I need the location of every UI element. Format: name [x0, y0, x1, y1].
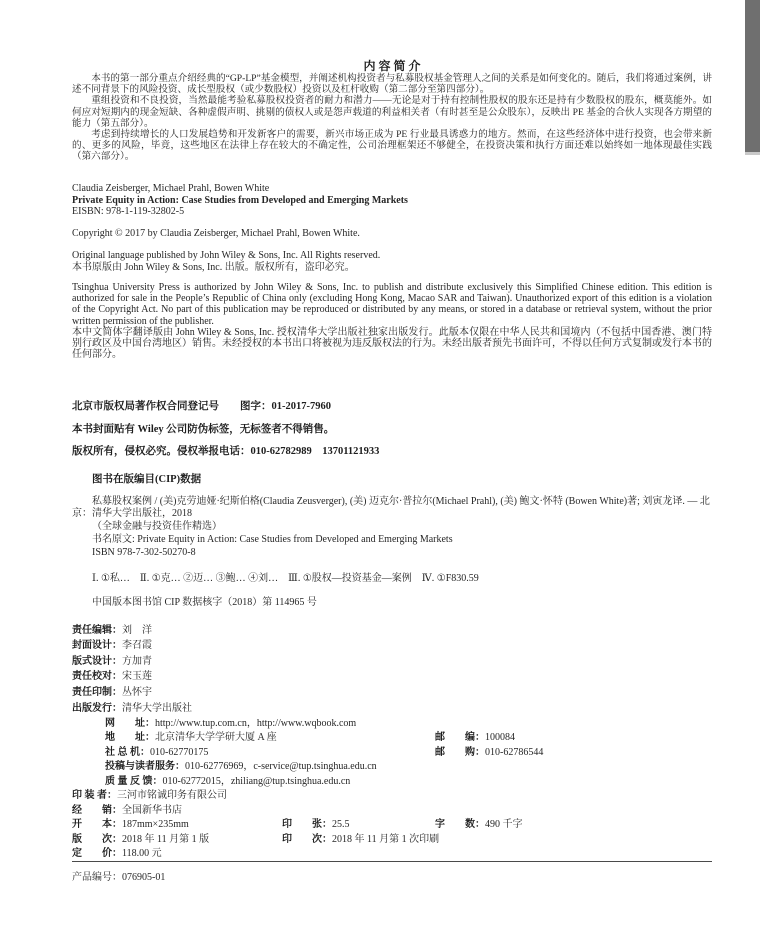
staff-label: 封面设计：	[72, 640, 122, 651]
cip-entry-block: 私募股权案例 / (美)克劳迪娅·纪斯伯格(Claudia Zeusverger…	[72, 496, 712, 559]
pub-label: 质 量 反 馈：	[105, 776, 163, 787]
pub-postcode: 邮 编：100084	[435, 731, 515, 746]
staff-row-layout-design: 版式设计：方加青	[72, 654, 712, 669]
pub-value: 010-62776969，c-service@tup.tsinghua.edu.…	[185, 761, 377, 772]
pub-label: 邮 购：	[435, 747, 485, 758]
pub-label: 经 销：	[72, 805, 122, 816]
pub-row-address: 地 址：北京清华大学学研大厦 A 座 邮 编：100084	[72, 731, 712, 746]
pub-value: 010-62786544	[485, 747, 543, 758]
pub-row-publisher: 出版发行：清华大学出版社	[72, 702, 712, 717]
pub-label: 定 价：	[72, 848, 122, 859]
pub-row-edition: 版 次：2018 年 11 月第 1 版 印 次：2018 年 11 月第 1 …	[72, 833, 712, 848]
intro-heading: 内 容 简 介	[72, 57, 712, 74]
divider-line	[72, 861, 712, 862]
eisbn-line: EISBN: 978-1-119-32802-5	[72, 206, 712, 218]
pub-value: 三河市铭诚印务有限公司	[117, 790, 227, 801]
pub-row-website: 网 址：http://www.tup.com.cn，http://www.wqb…	[72, 717, 712, 732]
pub-label: 社 总 机：	[105, 747, 150, 758]
pub-row-reader-service: 投稿与读者服务：010-62776969，c-service@tup.tsing…	[72, 760, 712, 775]
pub-value: http://www.tup.com.cn，http://www.wqbook.…	[155, 718, 356, 729]
staff-value: 丛怀宇	[122, 687, 152, 698]
staff-label: 责任校对：	[72, 671, 122, 682]
original-language-zh: 本书原版由 John Wiley & Sons, Inc. 出版。版权所有，盗印…	[72, 262, 712, 274]
product-code-label: 产品编号：	[72, 872, 122, 883]
adjacent-page-edge	[745, 0, 760, 155]
staff-label: 版式设计：	[72, 656, 122, 667]
pub-wordcount: 字 数：490 千字	[435, 818, 523, 833]
license-block: Tsinghua University Press is authorized …	[72, 282, 712, 360]
product-code-value: 076905-01	[122, 872, 165, 883]
cip-isbn-line: ISBN 978-7-302-50270-8	[72, 547, 712, 559]
staff-row-editor: 责任编辑：刘 洋	[72, 623, 712, 638]
cip-heading: 图书在版编目(CIP)数据	[72, 471, 732, 486]
license-chinese: 本中文简体字翻译版由 John Wiley & Sons, Inc. 授权清华大…	[72, 327, 712, 361]
pub-label: 投稿与读者服务：	[105, 761, 185, 772]
cip-series-line: （全球金融与投资佳作精选）	[72, 521, 712, 533]
product-code-line: 产品编号：076905-01	[72, 868, 712, 883]
staff-value: 李召霞	[122, 640, 152, 651]
cip-classification-line: Ⅰ. ①私… Ⅱ. ①克… ②迈… ③鲍… ④刘… Ⅲ. ①股权—投资基金—案例…	[72, 569, 732, 584]
pub-sheets: 印 张：25.5	[282, 818, 350, 833]
intro-paragraphs: 本书的第一部分重点介绍经典的“GP-LP”基金模型，并阐述机构投资者与私募股权基…	[72, 73, 712, 163]
pub-label: 邮 编：	[435, 732, 485, 743]
pub-value: 490 千字	[485, 819, 523, 830]
pub-value: 100084	[485, 732, 515, 743]
staff-label: 责任编辑：	[72, 625, 122, 636]
staff-row-print-supervisor: 责任印制：丛怀宇	[72, 685, 712, 700]
pub-row-distributor: 经 销：全国新华书店	[72, 804, 712, 819]
pub-label: 印 次：	[282, 834, 332, 845]
pub-label: 印 装 者：	[72, 790, 117, 801]
pub-value: 2018 年 11 月第 1 次印刷	[332, 834, 439, 845]
pub-label: 印 张：	[282, 819, 332, 830]
cip-entry-line: 私募股权案例 / (美)克劳迪娅·纪斯伯格(Claudia Zeusverger…	[72, 496, 712, 520]
original-language-en: Original language published by John Wile…	[72, 250, 712, 262]
pub-value: 118.00 元	[122, 848, 162, 859]
intro-paragraph-2: 重组投资和不良投资，当然最能考验私募股权投资者的耐力和潜力——无论是对于持有控制…	[72, 95, 712, 129]
original-language-block: Original language published by John Wile…	[72, 250, 712, 273]
staff-label: 责任印制：	[72, 687, 122, 698]
pub-row-printer: 印 装 者：三河市铭诚印务有限公司	[72, 789, 712, 804]
pub-row-format: 开 本：187mm×235mm 印 张：25.5 字 数：490 千字	[72, 818, 712, 833]
intro-paragraph-3: 考虑到持续增长的人口发展趋势和开发新客户的需要，新兴市场正成为 PE 行业最具诱…	[72, 129, 712, 163]
publishing-block: 出版发行：清华大学出版社 网 址：http://www.tup.com.cn，h…	[72, 702, 712, 862]
staff-block: 责任编辑：刘 洋 封面设计：李召霞 版式设计：方加青 责任校对：宋玉莲 责任印制…	[72, 623, 712, 700]
anti-counterfeit-line: 本书封面贴有 Wiley 公司防伪标签，无标签者不得销售。	[72, 421, 712, 436]
original-book-block: Claudia Zeisberger, Michael Prahl, Bowen…	[72, 183, 712, 218]
staff-value: 宋玉莲	[122, 671, 152, 682]
cip-record-number-line: 中国版本图书馆 CIP 数据核字（2018）第 114965 号	[72, 593, 732, 608]
pub-row-price: 定 价：118.00 元	[72, 847, 712, 862]
pub-label: 版 次：	[72, 834, 122, 845]
staff-row-proofreader: 责任校对：宋玉莲	[72, 669, 712, 684]
pub-label: 地 址：	[105, 732, 155, 743]
book-copyright-page: { "intro": { "heading": "内 容 简 介", "para…	[0, 0, 760, 949]
pub-value: 187mm×235mm	[122, 819, 189, 830]
rights-report-line: 版权所有，侵权必究。侵权举报电话：010-62782989 1370112193…	[72, 443, 712, 458]
copyright-line: Copyright © 2017 by Claudia Zeisberger, …	[72, 228, 712, 239]
staff-value: 刘 洋	[122, 625, 152, 636]
pub-value: 010-62772015，zhiliang@tup.tsinghua.edu.c…	[163, 776, 351, 787]
pub-mailorder: 邮 购：010-62786544	[435, 746, 543, 761]
pub-label: 网 址：	[105, 718, 155, 729]
pub-row-quality-feedback: 质 量 反 馈：010-62772015，zhiliang@tup.tsingh…	[72, 775, 712, 790]
pub-label: 开 本：	[72, 819, 122, 830]
pub-value: 清华大学出版社	[122, 703, 192, 714]
pub-value: 全国新华书店	[122, 805, 182, 816]
cip-original-title-line: 书名原文: Private Equity in Action: Case Stu…	[72, 534, 712, 546]
pub-value: 2018 年 11 月第 1 版	[122, 834, 209, 845]
pub-value: 北京清华大学学研大厦 A 座	[155, 732, 277, 743]
pub-impression: 印 次：2018 年 11 月第 1 次印刷	[282, 833, 439, 848]
pub-label: 字 数：	[435, 819, 485, 830]
original-title-line: Private Equity in Action: Case Studies f…	[72, 195, 712, 207]
staff-value: 方加青	[122, 656, 152, 667]
authors-line: Claudia Zeisberger, Michael Prahl, Bowen…	[72, 183, 712, 195]
staff-row-cover-design: 封面设计：李召霞	[72, 638, 712, 653]
pub-label: 出版发行：	[72, 703, 122, 714]
intro-paragraph-1: 本书的第一部分重点介绍经典的“GP-LP”基金模型，并阐述机构投资者与私募股权基…	[72, 73, 712, 95]
pub-value: 25.5	[332, 819, 350, 830]
pub-value: 010-62770175	[150, 747, 208, 758]
pub-row-switchboard: 社 总 机：010-62770175 邮 购：010-62786544	[72, 746, 712, 761]
registration-number-line: 北京市版权局著作权合同登记号 图字：01-2017-7960	[72, 398, 712, 413]
license-english: Tsinghua University Press is authorized …	[72, 282, 712, 327]
